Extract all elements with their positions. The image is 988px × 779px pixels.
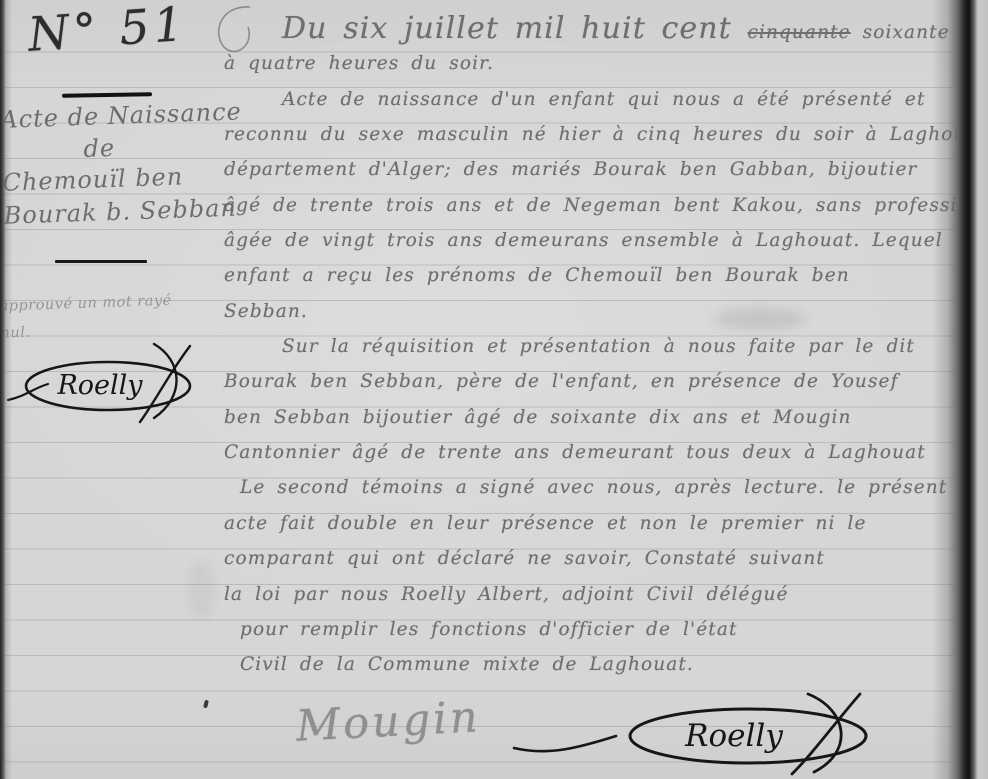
officer-signature: Roelly <box>508 690 948 778</box>
act-line: la loi par nous Roelly Albert, adjoint C… <box>224 577 936 612</box>
margin-title-line-4: Bourak b. Sebban <box>3 192 222 233</box>
act-number: N° 51 <box>26 0 199 63</box>
act-line: acte fait double en leur présence et non… <box>224 506 936 541</box>
signature-tail <box>808 694 841 772</box>
act-line: reconnu du sexe masculin né hier à cinq … <box>224 117 936 152</box>
act-line: Civil de la Commune mixte de Laghouat. <box>224 647 936 682</box>
act-line: âgé de trente trois ans et de Negeman be… <box>224 188 936 223</box>
act-line: Sur la réquisition et présentation à nou… <box>224 329 936 364</box>
margin-title: Acte de Naissance de Chemouïl ben Bourak… <box>0 96 222 233</box>
witness-signature: Mougin <box>295 692 482 752</box>
act-line: ben Sebban bijoutier âgé de soixante dix… <box>224 400 936 435</box>
page-binding-edge <box>932 0 988 779</box>
act-line: enfant a reçu les prénoms de Chemouïl be… <box>224 258 936 293</box>
act-line-text: Du six juillet mil huit cent <box>282 11 747 46</box>
struck-word: cinquante <box>747 22 850 43</box>
act-line: âgée de vingt trois ans demeurans ensemb… <box>224 223 936 258</box>
act-number-underline <box>62 92 152 98</box>
act-line: Du six juillet mil huit cent cinquante s… <box>224 11 936 46</box>
signature-flourish <box>514 736 616 751</box>
page-left-edge <box>0 0 12 779</box>
margin-column: N° 51 Acte de Naissance de Chemouïl ben … <box>0 0 222 779</box>
act-line: Cantonnier âgé de trente ans demeurant t… <box>224 435 936 470</box>
act-line: Bourak ben Sebban, père de l'enfant, en … <box>224 364 936 399</box>
signature-name: Roelly <box>684 718 783 754</box>
act-line: Le second témoins a signé avec nous, apr… <box>224 470 936 505</box>
act-line: comparant qui ont déclaré ne savoir, Con… <box>224 541 936 576</box>
act-text: Du six juillet mil huit cent cinquante s… <box>224 11 936 683</box>
act-line: à quatre heures du soir. <box>224 46 936 81</box>
signature-name: Roelly <box>56 370 143 401</box>
signature-tail <box>140 346 190 422</box>
act-line: Sebban. <box>224 294 936 329</box>
act-line: département d'Alger; des mariés Bourak b… <box>224 152 936 187</box>
margin-divider-rule <box>55 260 147 263</box>
margin-officer-signature: Roelly <box>4 338 216 430</box>
act-line: pour remplir les fonctions d'officier de… <box>224 612 936 647</box>
opening-flourish <box>210 3 260 63</box>
act-line: Acte de naissance d'un enfant qui nous a… <box>224 82 936 117</box>
